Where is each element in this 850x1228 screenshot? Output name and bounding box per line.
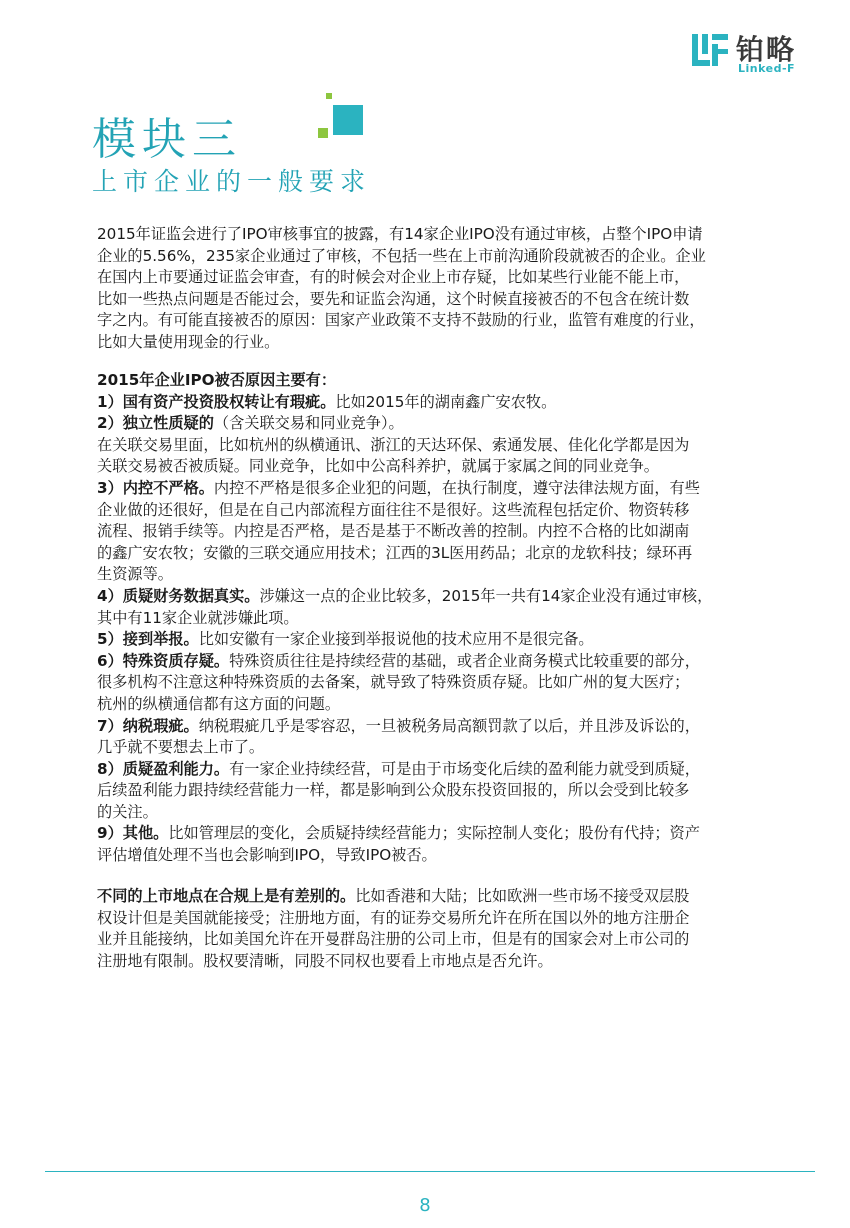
reason-item-6: 6）特殊资质存疑。特殊资质往往是持续经营的基础，或者企业商务模式比较重要的部分， xyxy=(97,651,791,673)
text-line: 的关注。 xyxy=(97,802,791,824)
text-line: 比如大量使用现金的行业。 xyxy=(97,332,791,354)
reasons-heading: 2015年企业IPO被否原因主要有： xyxy=(97,370,791,392)
text-line: 字之内。有可能直接被否的原因：国家产业政策不支持不鼓励的行业，监管有难度的行业， xyxy=(97,310,791,332)
reason-item-8: 8）质疑盈利能力。有一家企业持续经营，可是由于市场变化后续的盈利能力就受到质疑， xyxy=(97,759,791,781)
reason-label: 2）独立性质疑的 xyxy=(97,414,214,432)
logo-english-text: Linked-F xyxy=(738,62,795,75)
text-line: 其中有11家企业就涉嫌此项。 xyxy=(97,608,791,630)
reason-label: 3）内控不严格。 xyxy=(97,479,214,497)
text-line: 企业的5.56%，235家企业通过了审核，不包括一些在上市前沟通阶段就被否的企业… xyxy=(97,246,791,268)
text-line: 杭州的纵横通信都有这方面的问题。 xyxy=(97,694,791,716)
text-line: 很多机构不注意这种特殊资质的去备案，就导致了特殊资质存疑。比如广州的复大医疗； xyxy=(97,672,791,694)
reason-label: 4）质疑财务数据真实。 xyxy=(97,587,259,605)
reason-label: 5）接到举报。 xyxy=(97,630,199,648)
listing-location-paragraph: 不同的上市地点在合规上是有差别的。比如香港和大陆；比如欧洲一些市场不接受双层股 … xyxy=(97,886,791,972)
reason-item-9: 9）其他。比如管理层的变化，会质疑持续经营能力；实际控制人变化；股份有代持；资产 xyxy=(97,823,791,845)
text-line: 关联交易被否被质疑。同业竞争，比如中公高科养护，就属于家属之间的同业竞争。 xyxy=(97,456,791,478)
text-line: 生资源等。 xyxy=(97,564,791,586)
text-line: 2015年证监会进行了IPO审核事宜的披露，有14家企业IPO没有通过审核，占整… xyxy=(97,224,791,246)
ipo-rejection-reasons: 2015年企业IPO被否原因主要有： 1）国有资产投资股权转让有瑕疵。比如201… xyxy=(97,370,791,867)
linked-f-logo-icon xyxy=(692,32,730,70)
module-title: 模块三 xyxy=(92,103,242,167)
brand-logo: 铂略 Linked-F xyxy=(692,26,822,76)
intro-paragraph: 2015年证监会进行了IPO审核事宜的披露，有14家企业IPO没有通过审核，占整… xyxy=(97,224,791,354)
text-line: 权设计但是美国就能接受；注册地方面，有的证券交易所允许在所在国以外的地方注册企 xyxy=(97,908,791,930)
text-line: 后续盈利能力跟持续经营能力一样，都是影响到公众股东投资回报的，所以会受到比较多 xyxy=(97,780,791,802)
reason-label: 7）纳税瑕疵。 xyxy=(97,717,199,735)
text-line: 几乎就不要想去上市了。 xyxy=(97,737,791,759)
decorative-square-medium xyxy=(318,128,328,138)
reason-item-5: 5）接到举报。比如安徽有一家企业接到举报说他的技术应用不是很完备。 xyxy=(97,629,791,651)
footer-divider xyxy=(45,1171,815,1172)
text-line: 在国内上市要通过证监会审查，有的时候会对企业上市存疑，比如某些行业能不能上市， xyxy=(97,267,791,289)
reason-item-2: 2）独立性质疑的（含关联交易和同业竞争）。 xyxy=(97,413,791,435)
text-line: 在关联交易里面，比如杭州的纵横通讯、浙江的天达环保、索通发展、佳化化学都是因为 xyxy=(97,435,791,457)
paragraph-lead: 不同的上市地点在合规上是有差别的。 xyxy=(97,887,355,905)
text-line: 不同的上市地点在合规上是有差别的。比如香港和大陆；比如欧洲一些市场不接受双层股 xyxy=(97,886,791,908)
reason-item-1: 1）国有资产投资股权转让有瑕疵。比如2015年的湖南鑫广安农牧。 xyxy=(97,392,791,414)
text-line: 注册地有限制。股权要清晰，同股不同权也要看上市地点是否允许。 xyxy=(97,951,791,973)
decorative-square-large xyxy=(333,105,363,135)
reason-item-7: 7）纳税瑕疵。纳税瑕疵几乎是零容忍，一旦被税务局高额罚款了以后，并且涉及诉讼的， xyxy=(97,716,791,738)
reason-label: 6）特殊资质存疑。 xyxy=(97,652,229,670)
text-line: 的鑫广安农牧；安徽的三联交通应用技术；江西的3L医用药品；北京的龙软科技；绿环再 xyxy=(97,543,791,565)
text-line: 流程、报销手续等。内控是否严格，是否是基于不断改善的控制。内控不合格的比如湖南 xyxy=(97,521,791,543)
reason-item-3: 3）内控不严格。内控不严格是很多企业犯的问题，在执行制度，遵守法律法规方面，有些 xyxy=(97,478,791,500)
reason-label: 8）质疑盈利能力。 xyxy=(97,760,229,778)
text-line: 评估增值处理不当也会影响到IPO，导致IPO被否。 xyxy=(97,845,791,867)
reason-item-4: 4）质疑财务数据真实。涉嫌这一点的企业比较多，2015年一共有14家企业没有通过… xyxy=(97,586,791,608)
reason-label: 9）其他。 xyxy=(97,824,168,842)
decorative-square-small xyxy=(326,93,332,99)
page-number: 8 xyxy=(0,1195,850,1216)
module-subtitle: 上市企业的一般要求 xyxy=(92,162,371,198)
text-line: 业并且能接纳，比如美国允许在开曼群岛注册的公司上市，但是有的国家会对上市公司的 xyxy=(97,929,791,951)
text-line: 企业做的还很好，但是在自己内部流程方面往往不是很好。这些流程包括定价、物资转移 xyxy=(97,500,791,522)
reason-label: 1）国有资产投资股权转让有瑕疵。 xyxy=(97,393,335,411)
text-line: 比如一些热点问题是否能过会，要先和证监会沟通，这个时候直接被否的不包含在统计数 xyxy=(97,289,791,311)
